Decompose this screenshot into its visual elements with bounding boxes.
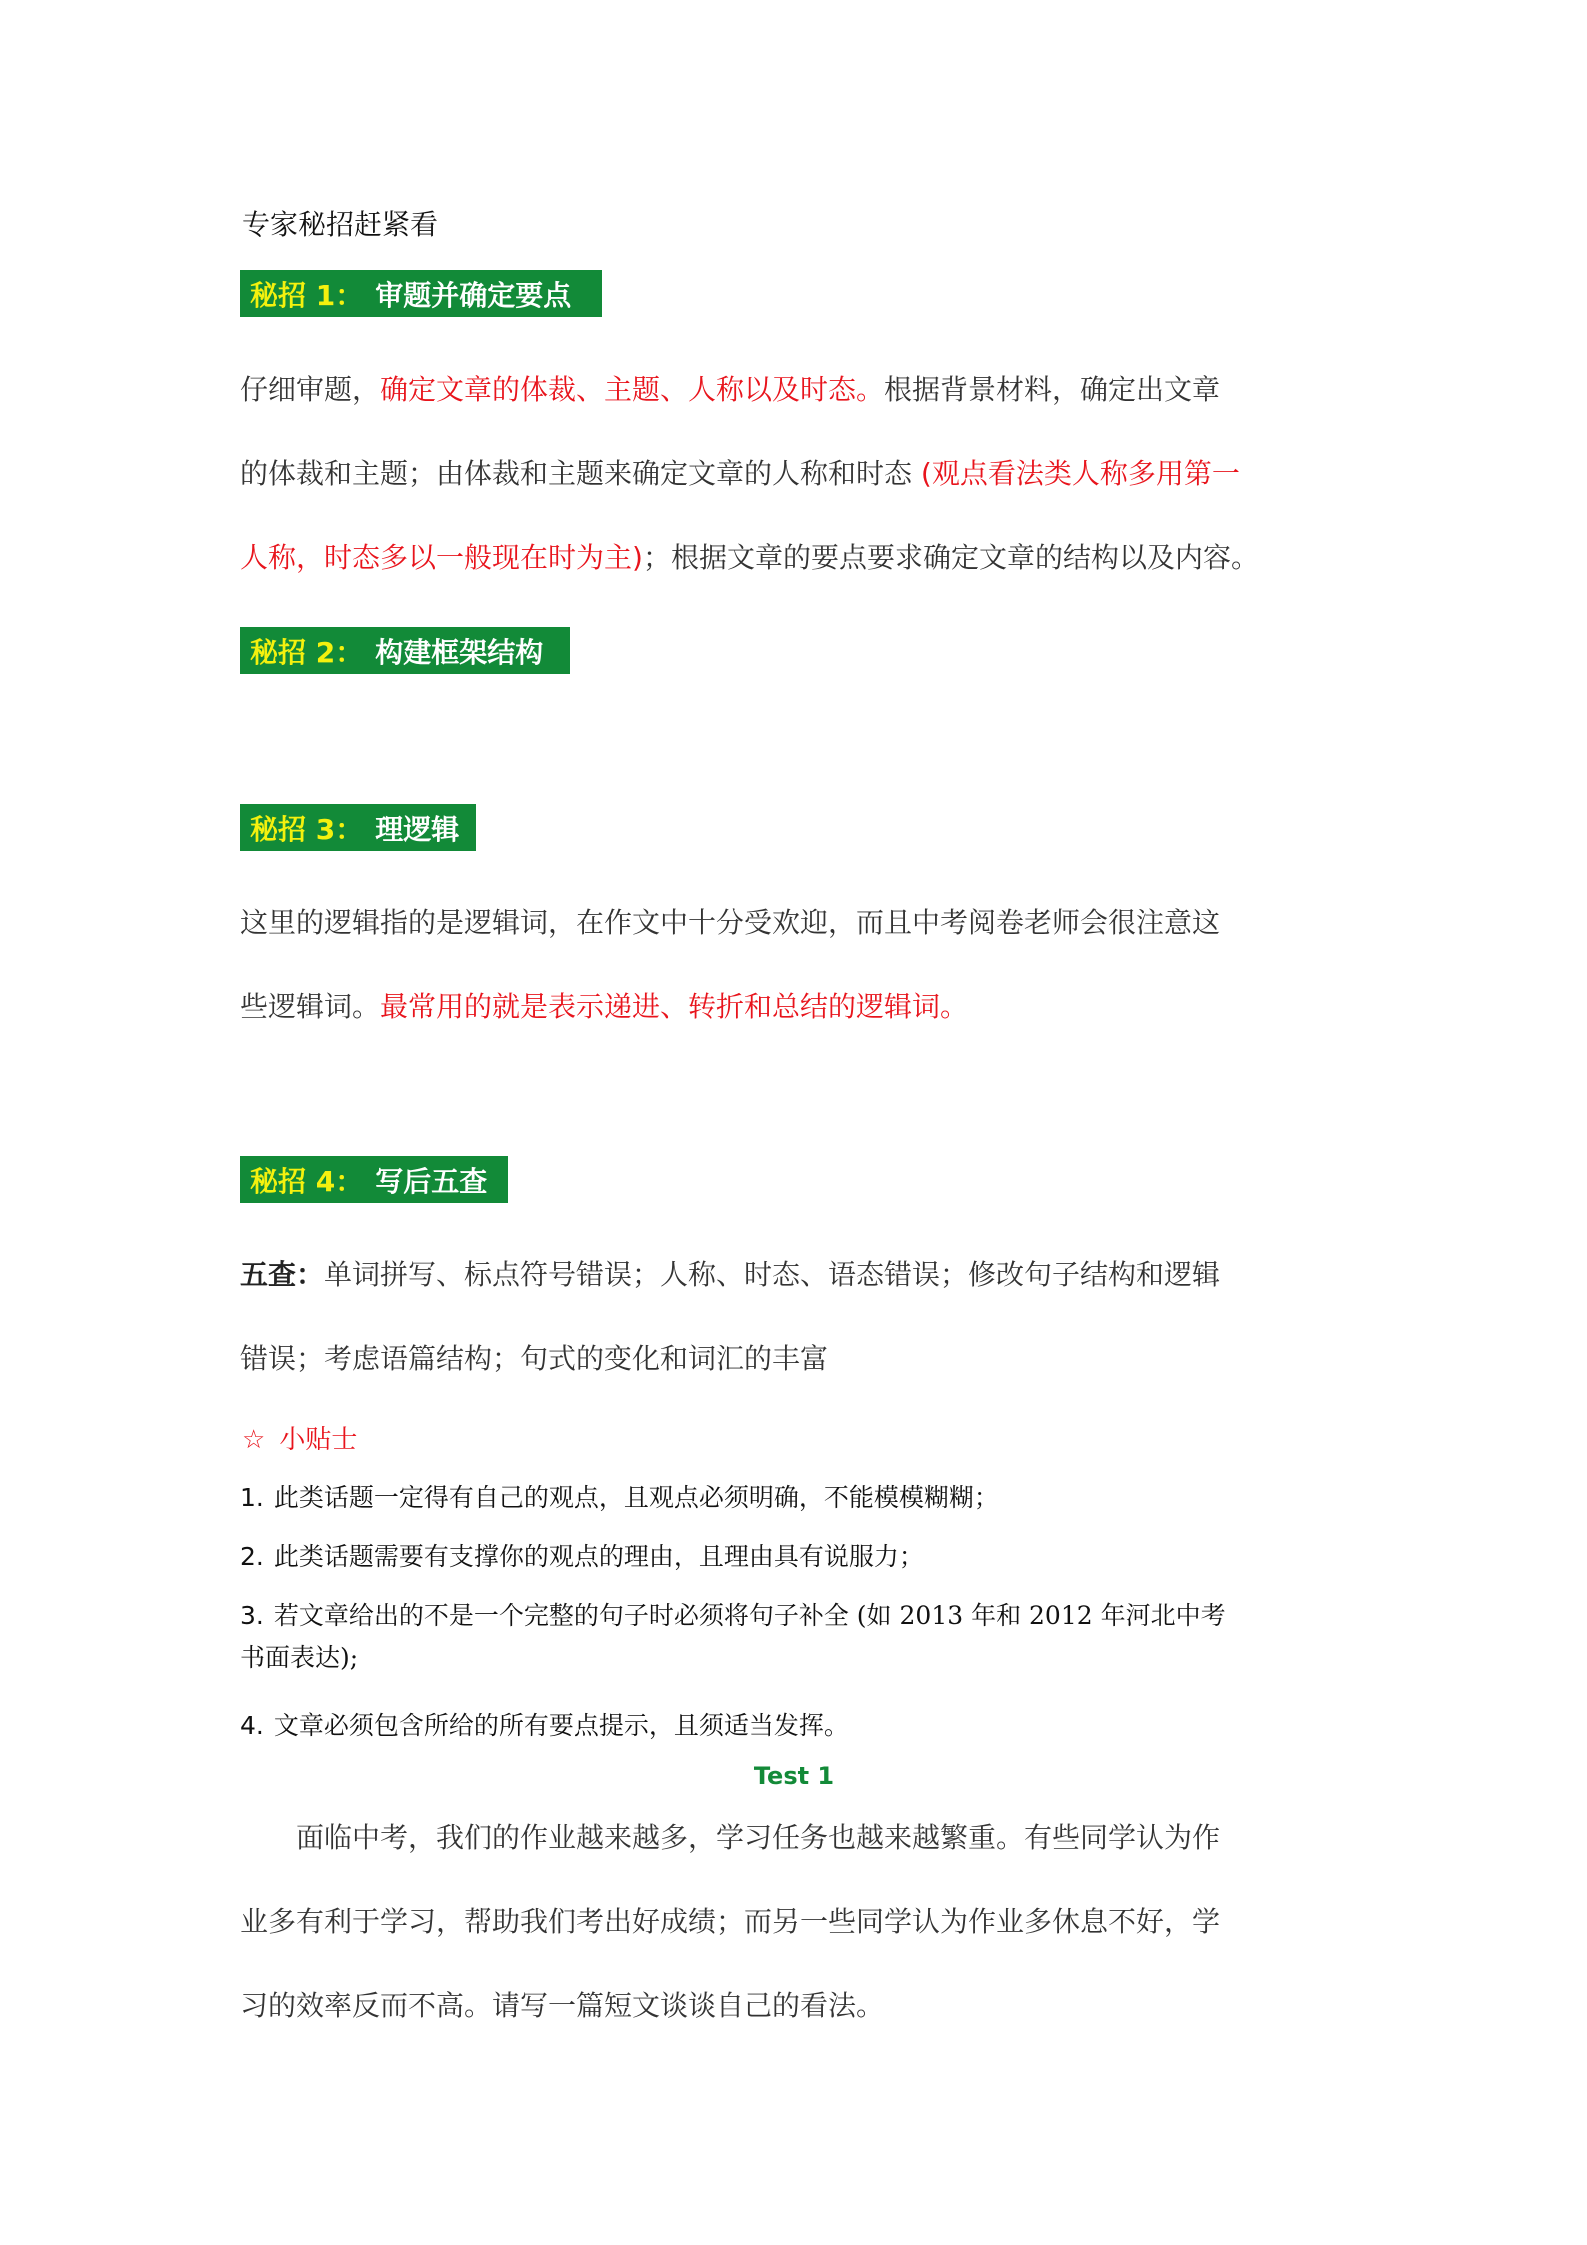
section-1-paragraph: 仔细审题，确定文章的体裁、主题、人称以及时态。根据背景材料，确定出文章 的体裁和… bbox=[240, 370, 1360, 622]
section-banner-3: 秘招 3： 理逻辑 bbox=[240, 804, 476, 851]
bold-label: 五查： bbox=[240, 1258, 324, 1291]
highlight-text-run: (观点看法类人称多用第一 bbox=[921, 457, 1240, 490]
highlight-text-run: 最常用的就是表示递进、转折和总结的逻辑词。 bbox=[380, 990, 968, 1023]
tip-item-2: 2.此类话题需要有支撑你的观点的理由，且理由具有说服力； bbox=[240, 1537, 1360, 1577]
tips-heading: ☆小贴士 bbox=[242, 1420, 357, 1460]
paragraph-line: 人称，时态多以一般现在时为主)；根据文章的要点要求确定文章的结构以及内容。 bbox=[240, 538, 1360, 622]
tip-text: 此类话题需要有支撑你的观点的理由，且理由具有说服力； bbox=[274, 1542, 924, 1571]
tip-line: 3.若文章给出的不是一个完整的句子时必须将句子补全 (如 2013 年和 201… bbox=[240, 1596, 1360, 1636]
tip-number: 2. bbox=[240, 1542, 264, 1571]
text-run: 这里的逻辑指的是逻辑词，在作文中十分受欢迎，而且中考阅卷老师会很注意这 bbox=[240, 906, 1220, 939]
paragraph-line: 习的效率反而不高。请写一篇短文谈谈自己的看法。 bbox=[240, 1986, 1360, 2070]
tip-text: 文章必须包含所给的所有要点提示，且须适当发挥。 bbox=[274, 1711, 849, 1740]
paragraph-line: 五查：单词拼写、标点符号错误；人称、时态、语态错误；修改句子结构和逻辑 bbox=[240, 1255, 1360, 1339]
paragraph-line: 些逻辑词。最常用的就是表示递进、转折和总结的逻辑词。 bbox=[240, 987, 1360, 1071]
paragraph-line: 这里的逻辑指的是逻辑词，在作文中十分受欢迎，而且中考阅卷老师会很注意这 bbox=[240, 903, 1360, 987]
section-banner-4: 秘招 4： 写后五查 bbox=[240, 1156, 508, 1203]
paragraph-line: 面临中考，我们的作业越来越多，学习任务也越来越繁重。有些同学认为作 bbox=[240, 1818, 1360, 1902]
highlight-text-run: 确定文章的体裁、主题、人称以及时态。 bbox=[380, 373, 884, 406]
star-icon: ☆ bbox=[242, 1425, 265, 1455]
section-banner-1: 秘招 1： 审题并确定要点 bbox=[240, 270, 602, 317]
section-banner-2: 秘招 2： 构建框架结构 bbox=[240, 627, 570, 674]
section-banner-prefix: 秘招 2： bbox=[250, 631, 363, 671]
highlight-text-run: 人称，时态多以一般现在时为主) bbox=[240, 541, 643, 574]
text-run: 些逻辑词。 bbox=[240, 990, 380, 1023]
text-run: 仔细审题， bbox=[240, 373, 380, 406]
tip-item-3: 3.若文章给出的不是一个完整的句子时必须将句子补全 (如 2013 年和 201… bbox=[240, 1596, 1360, 1678]
section-banner-title: 构建框架结构 bbox=[375, 631, 543, 671]
tip-item-1: 1.此类话题一定得有自己的观点，且观点必须明确，不能模模糊糊； bbox=[240, 1478, 1360, 1518]
tip-number: 1. bbox=[240, 1483, 264, 1512]
test-prompt: 面临中考，我们的作业越来越多，学习任务也越来越繁重。有些同学认为作 业多有利于学… bbox=[240, 1818, 1360, 2070]
paragraph-line: 错误；考虑语篇结构；句式的变化和词汇的丰富 bbox=[240, 1339, 1360, 1423]
paragraph-line: 业多有利于学习，帮助我们考出好成绩；而另一些同学认为作业多休息不好，学 bbox=[240, 1902, 1360, 1986]
text-run: 错误；考虑语篇结构；句式的变化和词汇的丰富 bbox=[240, 1342, 828, 1375]
tip-number: 3. bbox=[240, 1601, 264, 1630]
tips-heading-label: 小贴士 bbox=[279, 1425, 357, 1455]
text-run: 单词拼写、标点符号错误；人称、时态、语态错误；修改句子结构和逻辑 bbox=[324, 1258, 1220, 1291]
text-run: ；根据文章的要点要求确定文章的结构以及内容。 bbox=[643, 541, 1259, 574]
section-banner-title: 写后五查 bbox=[375, 1160, 487, 1200]
section-banner-title: 审题并确定要点 bbox=[375, 274, 571, 314]
tip-line: 书面表达); bbox=[240, 1638, 1360, 1678]
tip-item-4: 4.文章必须包含所给的所有要点提示，且须适当发挥。 bbox=[240, 1706, 1360, 1746]
tip-text-continued: 书面表达); bbox=[240, 1643, 358, 1672]
tip-number: 4. bbox=[240, 1711, 264, 1740]
tip-text: 若文章给出的不是一个完整的句子时必须将句子补全 (如 2013 年和 2012 … bbox=[274, 1601, 1226, 1630]
document-title: 专家秘招赶紧看 bbox=[242, 205, 438, 245]
section-3-paragraph: 这里的逻辑指的是逻辑词，在作文中十分受欢迎，而且中考阅卷老师会很注意这 些逻辑词… bbox=[240, 903, 1360, 1071]
text-run: 的体裁和主题；由体裁和主题来确定文章的人称和时态 bbox=[240, 457, 921, 490]
section-banner-prefix: 秘招 3： bbox=[250, 808, 363, 848]
section-banner-prefix: 秘招 4： bbox=[250, 1160, 363, 1200]
section-4-paragraph: 五查：单词拼写、标点符号错误；人称、时态、语态错误；修改句子结构和逻辑 错误；考… bbox=[240, 1255, 1360, 1423]
paragraph-line: 仔细审题，确定文章的体裁、主题、人称以及时态。根据背景材料，确定出文章 bbox=[240, 370, 1360, 454]
paragraph-line: 的体裁和主题；由体裁和主题来确定文章的人称和时态 (观点看法类人称多用第一 bbox=[240, 454, 1360, 538]
tip-text: 此类话题一定得有自己的观点，且观点必须明确，不能模模糊糊； bbox=[274, 1483, 999, 1512]
text-run: 根据背景材料，确定出文章 bbox=[884, 373, 1220, 406]
test-title: Test 1 bbox=[240, 1758, 1348, 1794]
section-banner-prefix: 秘招 1： bbox=[250, 274, 363, 314]
section-banner-title: 理逻辑 bbox=[375, 808, 459, 848]
